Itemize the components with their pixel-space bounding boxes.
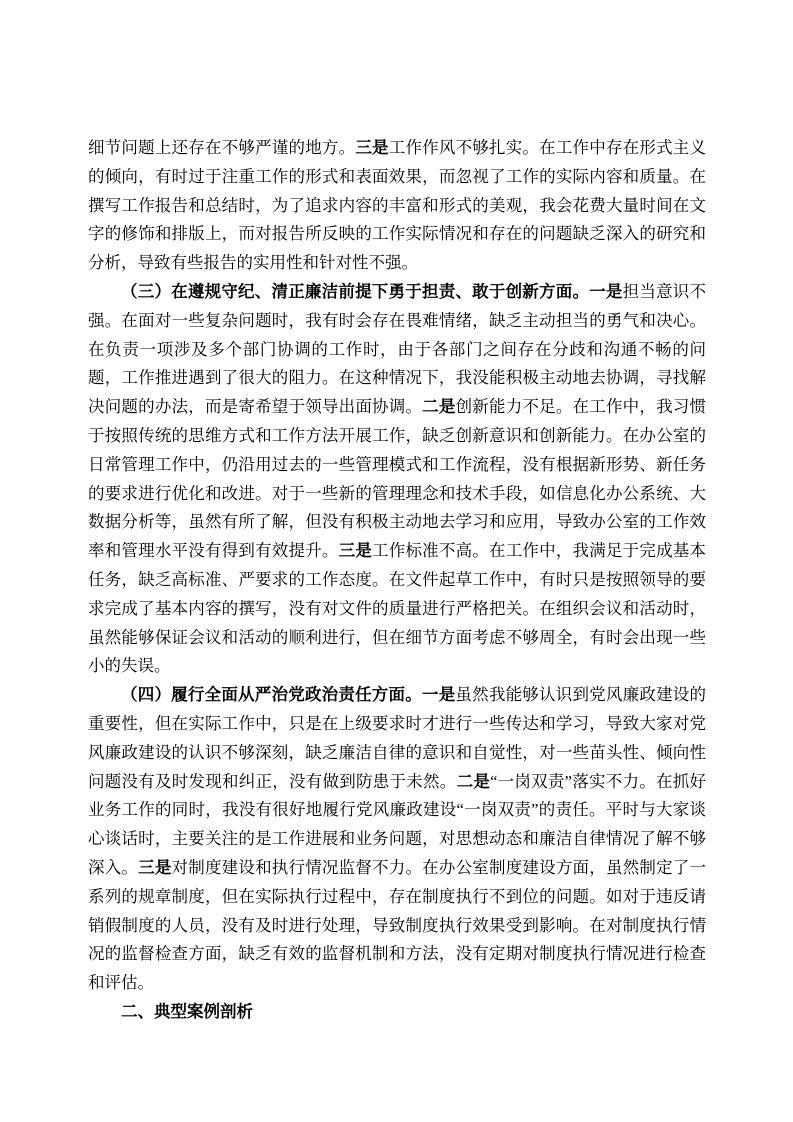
paragraph-section-4: （四）履行全面从严治党政治责任方面。一是虽然我能够认识到党风廉政建设的重要性，但… [88, 681, 706, 998]
text-segment: 工作作风不够扎实。在工作中存在形式主义的倾向，有时过于注重工作的形式和表面效果，… [88, 138, 706, 272]
paragraph-work-style-continued: 细节问题上还存在不够严谨的地方。三是工作作风不够扎实。在工作中存在形式主义的倾向… [88, 134, 706, 278]
heading-typical-case-analysis: 二、典型案例剖析 [88, 998, 706, 1027]
paragraph-section-3: （三）在遵规守纪、清正廉洁前提下勇于担责、敢于创新方面。一是担当意识不强。在面对… [88, 278, 706, 681]
text-segment: （四）履行全面从严治党政治责任方面。一是 [121, 685, 455, 704]
document-page: 细节问题上还存在不够严谨的地方。三是工作作风不够扎实。在工作中存在形式主义的倾向… [0, 0, 793, 1122]
text-segment: 三是 [138, 858, 171, 877]
text-segment: 二、典型案例剖析 [121, 1002, 253, 1021]
text-segment: 对制度建设和执行情况监督不力。在办公室制度建设方面，虽然制定了一系列的规章制度，… [88, 858, 706, 992]
text-segment: 细节问题上还存在不够严谨的地方。 [88, 138, 355, 157]
document-body: 细节问题上还存在不够严谨的地方。三是工作作风不够扎实。在工作中存在形式主义的倾向… [88, 134, 706, 1027]
text-segment: 二是 [422, 397, 455, 416]
text-segment: 三是 [339, 541, 372, 560]
text-segment: 二是 [457, 772, 491, 791]
text-segment: 工作标准不高。在工作中，我满足于完成基本任务，缺乏高标准、严要求的工作态度。在文… [88, 541, 706, 675]
text-segment: 三是 [355, 138, 388, 157]
text-segment: 创新能力不足。在工作中，我习惯于按照传统的思维方式和工作方法开展工作，缺乏创新意… [88, 397, 706, 560]
text-segment: （三）在遵规守纪、清正廉洁前提下勇于担责、敢于创新方面。一是 [121, 282, 623, 301]
